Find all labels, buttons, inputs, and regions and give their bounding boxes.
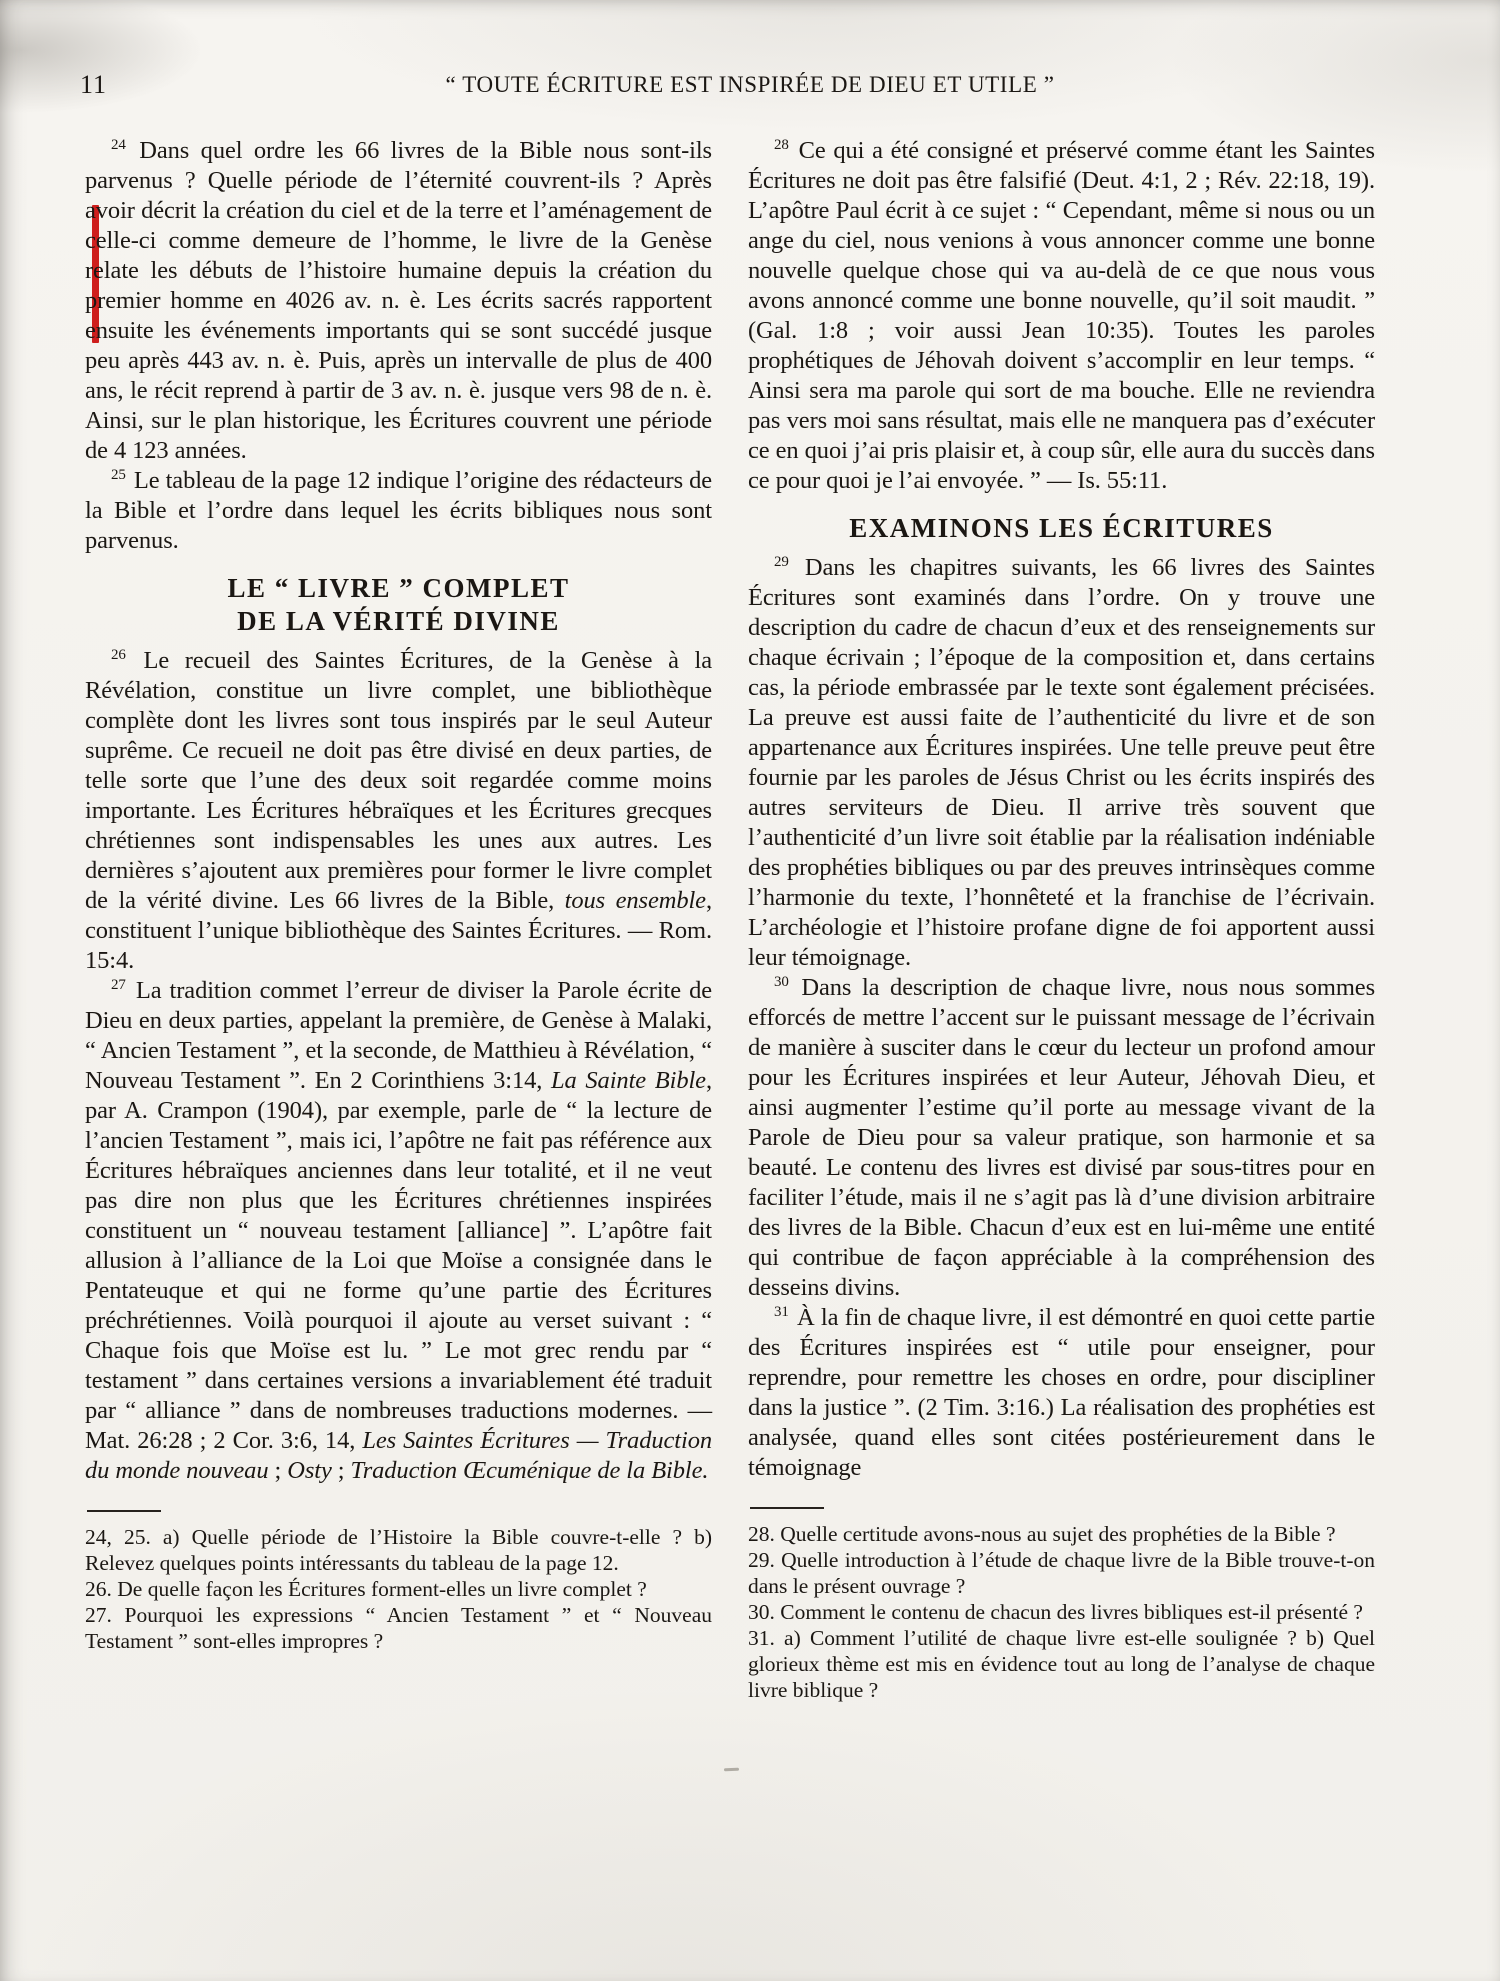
heading-line-1: LE “ LIVRE ” COMPLET <box>85 572 712 605</box>
study-question-26: 26. De quelle façon les Écritures formen… <box>85 1576 712 1602</box>
study-question-28: 28. Quelle certitude avons-nous au sujet… <box>748 1521 1375 1547</box>
paragraph-25: 25 Le tableau de la page 12 indique l’or… <box>85 466 712 556</box>
study-question-31: 31. a) Comment l’utilité de chaque livre… <box>748 1625 1375 1703</box>
study-question-27: 27. Pourquoi les expressions “ Ancien Te… <box>85 1602 712 1654</box>
left-column: 24 Dans quel ordre les 66 livres de la B… <box>85 136 712 1703</box>
section-heading-examinons: EXAMINONS LES ÉCRITURES <box>748 512 1375 545</box>
footnote-separator-rule <box>87 1510 161 1512</box>
paragraph-24: 24 Dans quel ordre les 66 livres de la B… <box>85 136 712 466</box>
study-question-29: 29. Quelle introduction à l’étude de cha… <box>748 1547 1375 1599</box>
two-column-text-block: 24 Dans quel ordre les 66 livres de la B… <box>85 136 1375 1703</box>
pencil-dash-mark <box>724 1768 739 1772</box>
study-question-24-25: 24, 25. a) Quelle période de l’Histoire … <box>85 1524 712 1576</box>
footnote-separator-rule <box>750 1507 824 1509</box>
scanned-book-page: 11 “ TOUTE ÉCRITURE EST INSPIRÉE DE DIEU… <box>0 0 1500 1981</box>
study-questions-right: 28. Quelle certitude avons-nous au sujet… <box>748 1507 1375 1703</box>
heading-line-2: DE LA VÉRITÉ DIVINE <box>85 605 712 638</box>
paragraph-30: 30 Dans la description de chaque livre, … <box>748 973 1375 1303</box>
running-title: “ TOUTE ÉCRITURE EST INSPIRÉE DE DIEU ET… <box>0 72 1500 98</box>
paragraph-28: 28 Ce qui a été consigné et préservé com… <box>748 136 1375 496</box>
right-column: 28 Ce qui a été consigné et préservé com… <box>748 136 1375 1703</box>
paragraph-26: 26 Le recueil des Saintes Écritures, de … <box>85 646 712 976</box>
section-heading-livre-complet: LE “ LIVRE ” COMPLET DE LA VÉRITÉ DIVINE <box>85 572 712 638</box>
study-question-30: 30. Comment le contenu de chacun des liv… <box>748 1599 1375 1625</box>
study-questions-left: 24, 25. a) Quelle période de l’Histoire … <box>85 1510 712 1654</box>
paragraph-31: 31 À la fin de chaque livre, il est démo… <box>748 1303 1375 1483</box>
paragraph-29: 29 Dans les chapitres suivants, les 66 l… <box>748 553 1375 973</box>
paragraph-27: 27 La tradition commet l’erreur de divis… <box>85 976 712 1486</box>
